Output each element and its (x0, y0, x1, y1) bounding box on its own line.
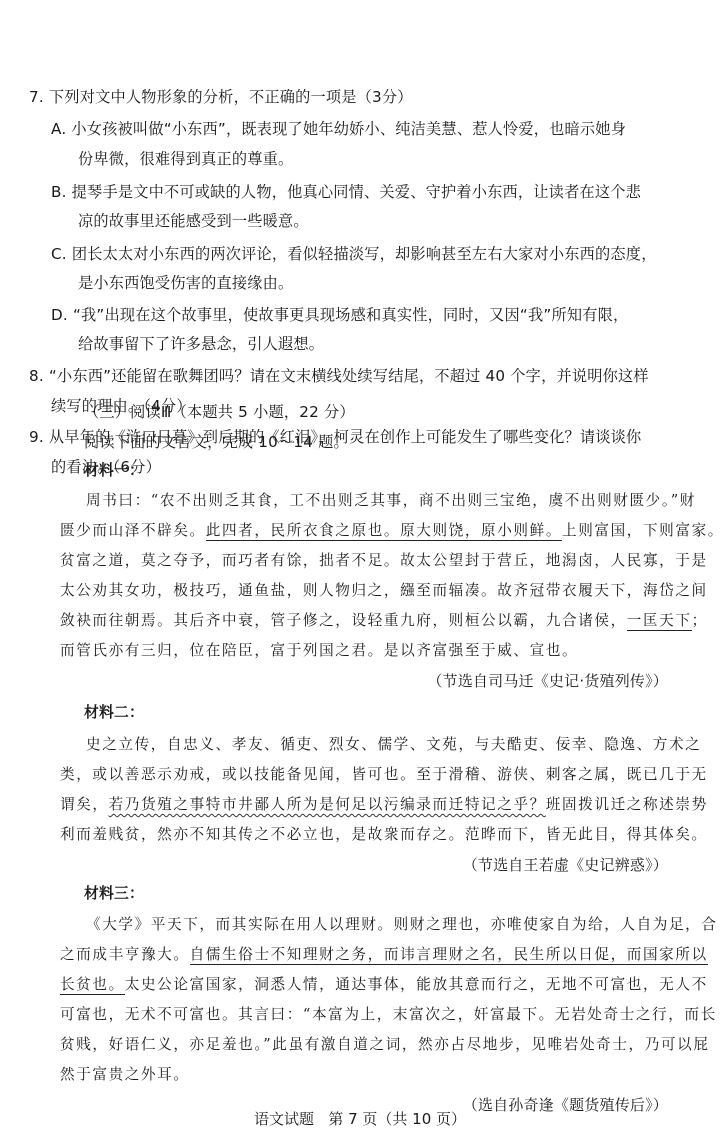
exam-page: 7. 下列对文中人物形象的分析，不正确的一项是（3分） A. 小女孩被叫做“小东… (0, 0, 720, 1128)
material-3-heading: 材料三： (84, 884, 144, 904)
section-3-title: （三）阅读Ⅲ（本题共 5 小题，22 分） (84, 402, 355, 422)
footer-subject: 语文试题 (254, 1110, 314, 1128)
material-1-line3: 贫富之道，莫之夺予，而巧者有馀，拙者不足。故太公望封于营丘，地潟卤，人民寡，于是 (60, 551, 708, 571)
material-3-underlined-sentence-part1: 自儒生俗士不知理财之务，而讳言理财之名，民生所以日促，而国家所以 (190, 946, 708, 965)
material-1-line2-tail: 上则富国，下则富家。 (562, 522, 720, 539)
material-1-source: （节选自司马迁《史记·货殖列传》） (427, 671, 668, 691)
material-1-line5: 敛袂而往朝焉。其后齐中衰，管子修之，设轻重九府，则桓公以霸，九合诸侯，一匡天下； (60, 611, 708, 631)
material-3-line4: 可富也，无术不可富也。其言曰：“本富为上，末富次之，奸富最下。无岩处奇士之行，而… (60, 1005, 717, 1025)
material-2-wavy-underlined-sentence: 若乃货殖之事特市井鄙人所为是何足以污编录而迁特记之乎？ (109, 796, 546, 813)
material-1-line2-text: 匮少而山泽不辟矣。 (60, 522, 206, 539)
footer-page-number: 第 7 页（共 10 页） (328, 1110, 466, 1128)
material-3-line6: 然于富贵之外耳。 (60, 1065, 190, 1085)
material-2-line3-text: 谓矣， (60, 796, 109, 813)
material-1-underlined-sentence: 此四者，民所衣食之原也。原大则饶，原小则鲜。 (206, 522, 562, 541)
material-1-underlined-phrase: 一匡天下 (627, 612, 692, 631)
q7-option-b-line2: 凉的故事里还能感受到一些暖意。 (78, 211, 309, 231)
material-2-line3: 谓矣，若乃货殖之事特市井鄙人所为是何足以污编录而迁特记之乎？班固拨讥迁之称述崇势 (60, 795, 708, 815)
material-2-line2: 类，或以善恶示劝戒，或以技能备见闻，皆可也。至于滑稽、游侠、刺客之属，既已几于无 (60, 765, 708, 785)
material-3-line2-text: 之而成丰亨豫大。 (60, 946, 190, 963)
material-2-heading: 材料二： (84, 703, 144, 723)
q7-option-a-line1: A. 小女孩被叫做“小东西”，既表现了她年幼娇小、纯洁美慧、惹人怜爱，也暗示她身 (51, 119, 626, 139)
material-1-line4: 太公劝其女功，极技巧，通鱼盐，则人物归之，繦至而辐凑。故齐冠带衣履天下，海岱之间 (60, 581, 708, 601)
question-8-line1: 8. “小东西”还能留在歌舞团吗？请在文末横线处续写结尾，不超过 40 个字，并… (29, 366, 649, 386)
material-1-line6: 而管氏亦有三归，位在陪臣，富于列国之君。是以齐富强至于威、宣也。 (60, 641, 578, 661)
q7-option-a-line2: 份卑微，很难得到真正的尊重。 (78, 149, 293, 169)
material-1-line2: 匮少而山泽不辟矣。此四者，民所衣食之原也。原大则饶，原小则鲜。上则富国，下则富家… (60, 521, 720, 541)
material-1-line5-punct: ； (692, 612, 708, 629)
material-3-line1: 《大学》平天下，而其实际在用人以理财。则财之理也，亦唯使家自为给，人自为足，合 (86, 915, 718, 935)
material-2-source: （节选自王若虚《史记辨惑》） (463, 855, 668, 875)
q7-option-d-line2: 给故事留下了许多悬念，引人遐想。 (78, 334, 324, 354)
material-3-line2: 之而成丰亨豫大。自儒生俗士不知理财之务，而讳言理财之名，民生所以日促，而国家所以 (60, 945, 708, 965)
q7-option-c-line2: 是小东西饱受伤害的直接缘由。 (78, 273, 293, 293)
section-3-instruction: 阅读下面的文言文，完成 10～14 题。 (84, 432, 349, 452)
material-2-line1: 史之立传，自忠义、孝友、循吏、烈女、儒学、文苑，与夫酷吏、佞幸、隐逸、方术之 (86, 735, 701, 755)
material-3-line3-tail: 太史公论富国家，洞悉人情，通达事体，能放其意而行之，无地不可富也，无人不 (125, 976, 708, 993)
q7-option-d-line1: D. “我”出现在这个故事里，使故事更具现场感和真实性，同时，又因“我”所知有限… (51, 305, 628, 325)
material-3-underlined-sentence-part2: 长贫也。 (60, 976, 125, 995)
material-2-line3-tail: 班固拨讥迁之称述崇势 (546, 796, 708, 813)
material-1-line5-text: 敛袂而往朝焉。其后齐中衰，管子修之，设轻重九府，则桓公以霸，九合诸侯， (60, 612, 627, 629)
material-1-heading: 材料一： (84, 461, 144, 481)
q7-option-c-line1: C. 团长太太对小东西的两次评论，看似轻描淡写，却影响甚至左右大家对小东西的态度… (51, 244, 657, 264)
material-3-line3: 长贫也。太史公论富国家，洞悉人情，通达事体，能放其意而行之，无地不可富也，无人不 (60, 975, 708, 995)
q7-option-b-line1: B. 提琴手是文中不可或缺的人物，他真心同情、关爱、守护着小东西，让读者在这个悲 (51, 182, 641, 202)
material-1-line1: 周书曰：“农不出则乏其食，工不出则乏其事，商不出则三宝绝，虞不出则财匮少。”财 (86, 491, 696, 511)
page-footer: 语文试题 第 7 页（共 10 页） (0, 1108, 720, 1128)
material-3-line5: 贫贱，好语仁义，亦足羞也。”此虽有激自道之词，然亦占尽地步，见唯岩处奇士，乃可以… (60, 1035, 710, 1055)
question-7-stem: 7. 下列对文中人物形象的分析，不正确的一项是（3分） (29, 87, 413, 107)
material-2-line4: 利而羞贱贫，然亦不知其传之不必立也，是故衆而存之。范晔而下，皆无此目，得其体矣。 (60, 825, 708, 845)
